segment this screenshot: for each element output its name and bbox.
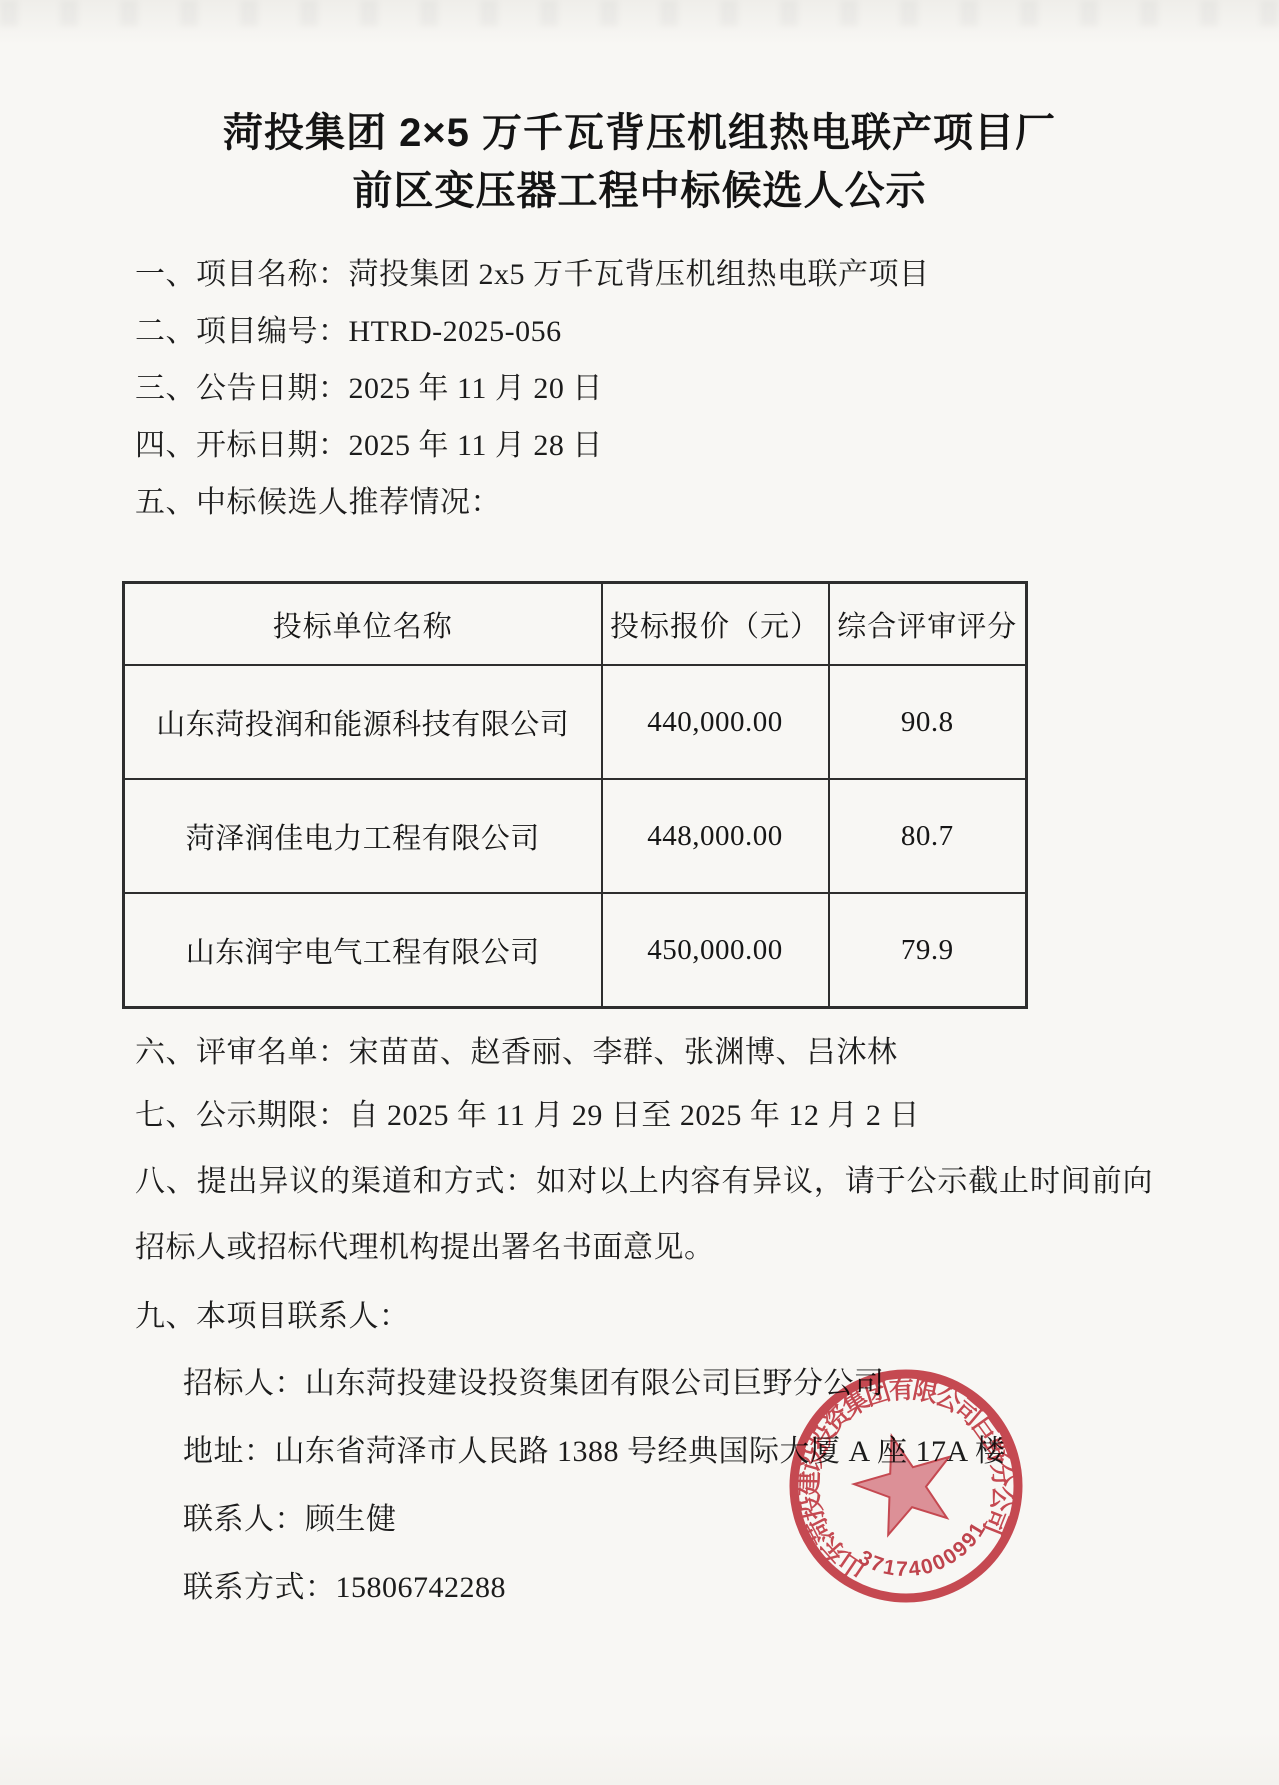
- scan-noise: [0, 0, 1279, 26]
- item-objection: 八、提出异议的渠道和方式：如对以上内容有异议，请于公示截止时间前向招标人或招标代…: [135, 1149, 1153, 1281]
- bid-score: 90.8: [829, 665, 1027, 779]
- item-project-number: 二、项目编号：HTRD-2025-056: [135, 299, 1169, 356]
- bid-candidates-table: 投标单位名称 投标报价（元） 综合评审评分 山东菏投润和能源科技有限公司 440…: [122, 581, 1028, 1009]
- bidder-name: 山东润宇电气工程有限公司: [124, 893, 602, 1008]
- bidder-name: 菏泽润佳电力工程有限公司: [124, 779, 602, 893]
- table-row: 菏泽润佳电力工程有限公司 448,000.00 80.7: [124, 779, 1027, 893]
- item-opening-date: 四、开标日期：2025 年 11 月 28 日: [135, 413, 1169, 470]
- item-review-panel: 六、评审名单：宋苗苗、赵香丽、李群、张渊博、吕沐林: [135, 1017, 1189, 1080]
- title-line-1: 菏投集团 2×5 万千瓦背压机组热电联产项目厂: [0, 104, 1279, 162]
- item-notice-date: 三、公告日期：2025 年 11 月 20 日: [135, 356, 1169, 413]
- bid-price: 450,000.00: [602, 893, 829, 1008]
- bid-score: 80.7: [829, 779, 1027, 893]
- col-header-bidder-name: 投标单位名称: [124, 583, 602, 666]
- contact-phone: 联系方式：15806742288: [183, 1550, 1279, 1618]
- item-candidates: 五、中标候选人推荐情况：: [135, 470, 1169, 527]
- contact-person: 联系人：顾生健: [183, 1482, 1279, 1550]
- col-header-bid-price: 投标报价（元）: [602, 583, 829, 666]
- bid-price: 448,000.00: [602, 779, 829, 893]
- item-project-name: 一、项目名称：菏投集团 2x5 万千瓦背压机组热电联产项目: [135, 242, 1169, 299]
- col-header-score: 综合评审评分: [829, 583, 1027, 666]
- bid-score: 79.9: [829, 893, 1027, 1008]
- numbered-items-after-table: 六、评审名单：宋苗苗、赵香丽、李群、张渊博、吕沐林 七、公示期限：自 2025 …: [0, 1017, 1279, 1344]
- table-row: 山东润宇电气工程有限公司 450,000.00 79.9: [124, 893, 1027, 1008]
- table-row: 山东菏投润和能源科技有限公司 440,000.00 90.8: [124, 665, 1027, 779]
- contact-block: 招标人：山东菏投建设投资集团有限公司巨野分公司 地址：山东省菏泽市人民路 138…: [0, 1346, 1279, 1618]
- contact-address: 地址：山东省菏泽市人民路 1388 号经典国际大厦 A 座 17A 楼: [183, 1414, 1279, 1482]
- document-page: 菏投集团 2×5 万千瓦背压机组热电联产项目厂 前区变压器工程中标候选人公示 一…: [0, 0, 1279, 1785]
- bid-price: 440,000.00: [602, 665, 829, 779]
- bidder-name: 山东菏投润和能源科技有限公司: [124, 665, 602, 779]
- item-notice-period: 七、公示期限：自 2025 年 11 月 29 日至 2025 年 12 月 2…: [135, 1080, 1189, 1143]
- table-header-row: 投标单位名称 投标报价（元） 综合评审评分: [124, 583, 1027, 666]
- document-title: 菏投集团 2×5 万千瓦背压机组热电联产项目厂 前区变压器工程中标候选人公示: [0, 0, 1279, 220]
- numbered-items: 一、项目名称：菏投集团 2x5 万千瓦背压机组热电联产项目 二、项目编号：HTR…: [0, 242, 1279, 527]
- contact-tenderer: 招标人：山东菏投建设投资集团有限公司巨野分公司: [183, 1346, 1279, 1414]
- title-line-2: 前区变压器工程中标候选人公示: [0, 162, 1279, 220]
- item-contacts-head: 九、本项目联系人：: [135, 1281, 1189, 1344]
